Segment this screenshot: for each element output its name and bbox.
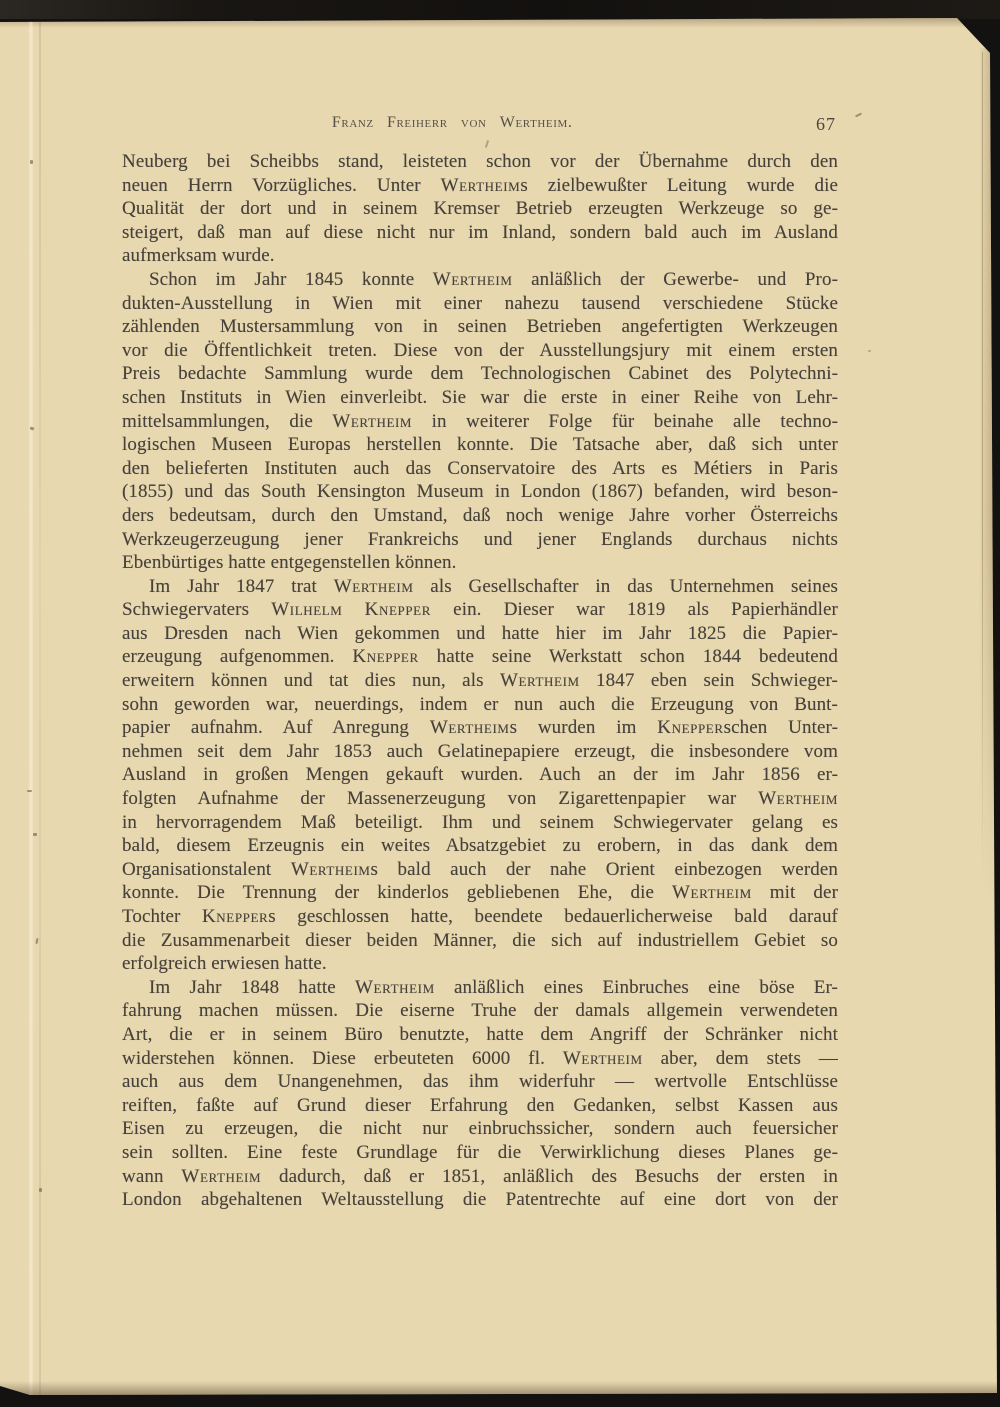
small-caps-name: Wertheim: [291, 859, 371, 880]
small-caps-name: Wilhelm: [271, 599, 342, 620]
text-line: den belieferten Instituten auch das Cons…: [122, 457, 838, 481]
scan-speck: [39, 1188, 42, 1192]
text-line: vor die Öffentlichkeit treten. Diese von…: [122, 339, 838, 363]
text-line: wann Wertheim dadurch, daß er 1851, anlä…: [122, 1165, 838, 1189]
text-line: erweitern können und tat dies nun, als W…: [122, 669, 838, 693]
scanner-bed-top: [0, 0, 1000, 19]
small-caps-name: Knepper: [365, 599, 431, 620]
text-line: in hervorragendem Maß beteiligt. Ihm und…: [122, 811, 838, 835]
text-line: Werkzeugerzeugung jener Frankreichs und …: [122, 528, 838, 552]
text-line: erzeugung aufgenommen. Knepper hatte sei…: [122, 645, 838, 669]
page-top-shadow: [0, 18, 997, 28]
text-line: mittelsammlungen, die Wertheim in weiter…: [122, 410, 838, 434]
text-line: erfolgreich erwiesen hatte.: [122, 952, 838, 976]
gutter-ridge: [28, 18, 34, 1395]
text-line: konnte. Die Trennung der kinderlos gebli…: [122, 881, 838, 905]
text-line: Eisen zu erzeugen, die nicht nur einbruc…: [122, 1117, 838, 1141]
paragraph: Neuberg bei Scheibbs stand, leisteten sc…: [122, 150, 838, 268]
text-line: London abgehaltenen Weltausstellung die …: [122, 1188, 838, 1212]
small-caps-name: Wertheim: [181, 1166, 261, 1187]
text-line: Ebenbürtiges hatte entgegenstellen könne…: [122, 551, 838, 575]
text-line: Schon im Jahr 1845 konnte Wertheim anläß…: [122, 268, 838, 292]
text-line: Tochter Kneppers geschlossen hatte, been…: [122, 905, 838, 929]
small-caps-name: Franz: [332, 114, 374, 131]
scanned-book-page: Franz Freiherr von Wertheim. 67 Neuberg …: [0, 0, 1000, 1407]
text-line: aus Dresden nach Wien gekommen und hatte…: [122, 622, 838, 646]
text-line: logischen Museen Europas herstellen konn…: [122, 433, 838, 457]
text-line: die Zusammenarbeit dieser beiden Männer,…: [122, 929, 838, 953]
text-line: Schwiegervaters Wilhelm Knepper ein. Die…: [122, 598, 838, 622]
fore-edge-line: [982, 52, 983, 878]
small-caps-name: Wertheim: [441, 175, 521, 196]
body-text: Neuberg bei Scheibbs stand, leisteten sc…: [122, 150, 838, 1212]
small-caps-name: Wertheim: [334, 576, 414, 597]
small-caps-name: Knepper: [352, 646, 418, 667]
text-line: Im Jahr 1848 hatte Wertheim anläßlich ei…: [122, 976, 838, 1000]
text-line: Ausland in großen Mengen gekauft wurden.…: [122, 763, 838, 787]
running-head: Franz Freiherr von Wertheim. 67: [122, 114, 838, 138]
page-number: 67: [816, 114, 836, 135]
text-line: Im Jahr 1847 trat Wertheim als Gesellsch…: [122, 575, 838, 599]
paragraph: Im Jahr 1847 trat Wertheim als Gesellsch…: [122, 575, 838, 976]
small-caps-name: Wertheim: [758, 788, 838, 809]
scan-speck: [30, 160, 33, 164]
text-line: schen Instituts in Wien einverleibt. Sie…: [122, 386, 838, 410]
text-line: Art, die er in seinem Büro benutzte, hat…: [122, 1023, 838, 1047]
scan-speck: [868, 350, 871, 352]
text-line: auch aus dem Unangenehmen, das ihm wider…: [122, 1070, 838, 1094]
text-line: reiften, faßte auf Grund dieser Erfahrun…: [122, 1094, 838, 1118]
text-line: sohn geworden war, neuerdings, indem er …: [122, 693, 838, 717]
page-bottom-shadow: [0, 1381, 997, 1395]
small-caps-name: Wertheim: [563, 1048, 643, 1069]
text-line: Organisationstalent Wertheims bald auch …: [122, 858, 838, 882]
book-page: Franz Freiherr von Wertheim. 67 Neuberg …: [0, 18, 997, 1395]
small-caps-name: Knepper: [657, 717, 723, 738]
small-caps-name: Wertheim: [332, 411, 412, 432]
small-caps-name: Knepper: [202, 906, 268, 927]
text-line: (1855) und das South Kensington Museum i…: [122, 480, 838, 504]
scan-speck: [27, 790, 32, 792]
small-caps-name: Wertheim: [433, 269, 513, 290]
paragraph: Schon im Jahr 1845 konnte Wertheim anläß…: [122, 268, 838, 575]
small-caps-name: von: [461, 114, 487, 131]
text-line: aufmerksam wurde.: [122, 244, 838, 268]
text-line: folgten Aufnahme der Massenerzeugung von…: [122, 787, 838, 811]
text-line: neuen Herrn Vorzügliches. Unter Wertheim…: [122, 174, 838, 198]
text-line: widerstehen können. Diese erbeuteten 600…: [122, 1047, 838, 1071]
scan-speck: [33, 833, 37, 836]
small-caps-name: Wertheim: [430, 717, 510, 738]
text-line: Preis bedachte Sammlung wurde dem Techno…: [122, 362, 838, 386]
text-line: papier aufnahm. Auf Anregung Wertheims w…: [122, 716, 838, 740]
small-caps-name: Wertheim: [500, 114, 568, 131]
text-line: Neuberg bei Scheibbs stand, leisteten sc…: [122, 150, 838, 174]
small-caps-name: Freiherr: [387, 114, 448, 131]
text-line: dukten-Ausstellung in Wien mit einer nah…: [122, 292, 838, 316]
text-line: Qualität der dort und in seinem Kremser …: [122, 197, 838, 221]
text-line: sein sollten. Eine feste Grundlage für d…: [122, 1141, 838, 1165]
text-line: steigert, daß man auf diese nicht nur im…: [122, 221, 838, 245]
small-caps-name: Wertheim: [672, 882, 752, 903]
small-caps-name: Wertheim: [500, 670, 580, 691]
text-line: ders bedeutsam, durch den Umstand, daß n…: [122, 504, 838, 528]
text-line: fahrung machen müssen. Die eiserne Truhe…: [122, 999, 838, 1023]
paragraph: Im Jahr 1848 hatte Wertheim anläßlich ei…: [122, 976, 838, 1212]
small-caps-name: Wertheim: [355, 977, 435, 998]
text-line: bald, diesem Erzeugnis ein weites Absatz…: [122, 834, 838, 858]
page-title: Franz Freiherr von Wertheim.: [95, 114, 811, 132]
text-line: zählenden Mustersammlung von in seinen B…: [122, 315, 838, 339]
text-line: nehmen seit dem Jahr 1853 auch Gelatinep…: [122, 740, 838, 764]
